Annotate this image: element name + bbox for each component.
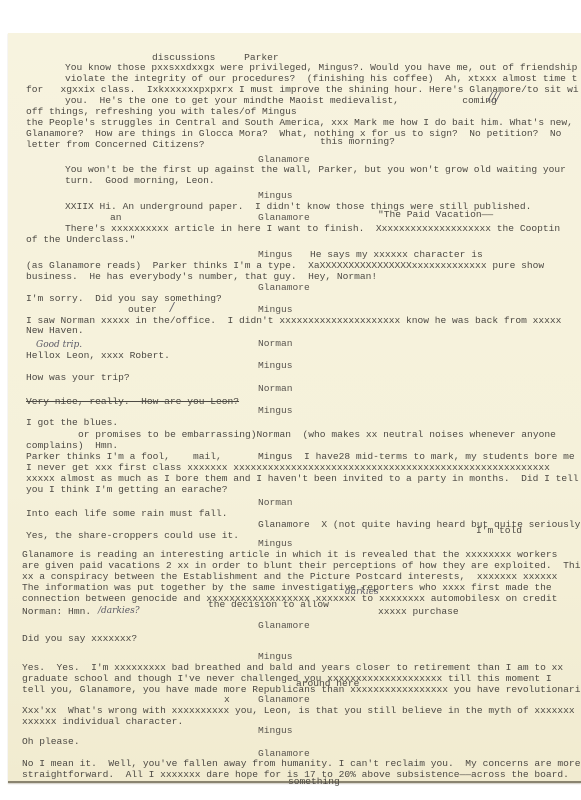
speaker-name: Norman xyxy=(258,383,293,394)
line: graduate school and though I've never ch… xyxy=(22,673,552,684)
insertion: something xyxy=(288,776,340,787)
speaker-name: Norman xyxy=(258,338,293,349)
line: you. He's the one to get your mindthe Ma… xyxy=(65,95,497,106)
line: You won't be the first up against the wa… xyxy=(65,164,566,175)
line: New Haven. xyxy=(26,325,84,336)
insertion: outer xyxy=(128,304,157,315)
line: Glanamore is reading an interesting arti… xyxy=(22,549,557,560)
insertion: x xyxy=(224,694,230,705)
line: Did you say xxxxxxx? xyxy=(22,633,137,644)
speaker-name: Mingus xyxy=(258,405,293,416)
line: Mingus I have28 mid-terms to mark, my st… xyxy=(258,451,575,462)
line: Parker thinks I'm a fool, mail, xyxy=(26,451,222,462)
speaker-name: Glanamore xyxy=(258,620,310,631)
handwritten-mark: / xyxy=(170,300,174,314)
line: You know those pxxsxxdxxgx were privileg… xyxy=(65,62,577,73)
line: xxxxxx individual character. xyxy=(22,716,183,727)
line: Oh please. xyxy=(22,736,80,747)
speaker-name: Mingus xyxy=(258,249,293,260)
line: turn. Good morning, Leon. xyxy=(65,175,215,186)
line: xxxxx purchase xyxy=(378,606,459,617)
line: Norman: Hmn. xyxy=(22,606,91,617)
line: you I think I'm getting an earache? xyxy=(26,484,228,495)
line: Into each life some rain must fall. xyxy=(26,508,228,519)
insertion: the decision to allow xyxy=(208,599,329,610)
insertion: I'm told xyxy=(476,525,522,536)
handwritten-note: darkies xyxy=(345,587,379,597)
speaker-name: Mingus xyxy=(258,360,293,371)
speaker-name: Glanamore xyxy=(258,694,310,705)
line: Glanamore X (not quite having heard but … xyxy=(258,519,580,530)
line: Yes, the share-croppers could use it. xyxy=(26,530,239,541)
speaker-name: Norman xyxy=(258,497,293,508)
line: Hellox Leon, xxxx Robert. xyxy=(26,350,170,361)
speaker-name: Mingus xyxy=(258,651,293,662)
line: or promises to be embarrassing)Norman (w… xyxy=(78,429,556,440)
line: There's xxxxxxxxxx article in here I wan… xyxy=(65,223,560,234)
speaker-name: Mingus xyxy=(258,304,293,315)
line: How was your trip? xyxy=(26,372,130,383)
line: Glanamore? How are things in Glocca Mora… xyxy=(26,128,561,139)
insertion: this morning? xyxy=(320,136,395,147)
struck-line: Very nice, really. How are you Leon? xyxy=(26,396,239,407)
line: I got the blues. xyxy=(26,417,118,428)
speaker-name: Glanamore xyxy=(258,282,310,293)
handwritten-note: /darkies? xyxy=(98,606,140,616)
line: of the Underclass." xyxy=(26,234,135,245)
insertion: "The Paid Vacation—— xyxy=(378,209,493,220)
handwritten-mark: /// xyxy=(488,90,500,104)
line: No I mean it. Well, you've fallen away f… xyxy=(22,758,580,769)
line: I never get xxx first class xxxxxxx xxxx… xyxy=(26,462,550,473)
speaker-name: Mingus xyxy=(258,538,293,549)
line: I'm sorry. Did you say something? xyxy=(26,293,222,304)
line: complains) Hmn. xyxy=(26,440,118,451)
line: business. He has everybody's number, tha… xyxy=(26,271,377,282)
line: (as Glanamore reads) Parker thinks I'm a… xyxy=(26,260,544,271)
line: Xxx'xx What's wrong with xxxxxxxxxx you,… xyxy=(22,705,575,716)
line: The information was put together by the … xyxy=(22,582,552,593)
speaker-name: Mingus xyxy=(258,725,293,736)
speaker-name: Glanamore xyxy=(258,212,310,223)
insertion: an xyxy=(110,212,122,223)
speaker-name: Mingus xyxy=(258,190,293,201)
line: xx a conspiracy between the Establishmen… xyxy=(22,571,557,582)
line: are given paid vacations 2 xx in order t… xyxy=(22,560,580,571)
line: letter from Concerned Citizens? xyxy=(26,139,204,150)
line: violate the integrity of our procedures?… xyxy=(65,73,577,84)
line: Yes. Yes. I'm xxxxxxxxx bad breathed and… xyxy=(22,662,563,673)
line: I saw Norman xxxxx in the/office. I didn… xyxy=(26,315,561,326)
line: the People's struggles in Central and So… xyxy=(26,117,573,128)
line: xxxxx almost as much as I bore them and … xyxy=(26,473,579,484)
insertion: He says my xxxxxx character is xyxy=(310,249,483,260)
line: off things, refreshing you with tales/of… xyxy=(26,106,297,117)
handwritten-note: Good trip. xyxy=(36,340,82,350)
